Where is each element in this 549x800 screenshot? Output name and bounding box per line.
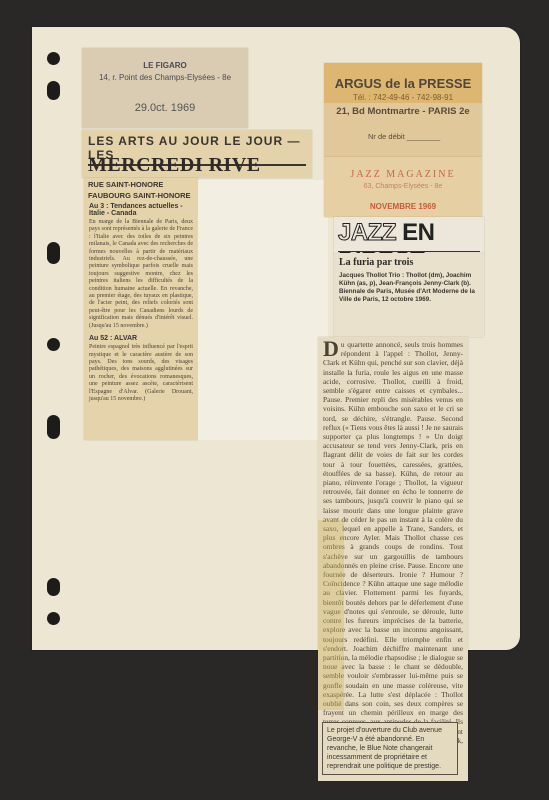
section-body: Peintre espagnol très influencé par l'es… — [84, 342, 198, 405]
subhead: FAUBOURG SAINT-HONORE — [84, 189, 198, 200]
article-credits: Jacques Thollot Trio : Thollot (dm), Joa… — [334, 272, 484, 304]
article-headline: La furia par trois — [334, 253, 484, 272]
jazz-en-direct-header: JAZZ EN DIRECT — [334, 217, 484, 255]
magazine-date: NOVEMBRE 1969 — [324, 202, 482, 211]
tape-strip — [318, 520, 344, 710]
argus-de-la-presse-stamp: ARGUS de la PRESSE Tél. : 742-49-46 - 74… — [324, 63, 482, 157]
section-body: En marge de la Biennale de Paris, deux p… — [84, 217, 198, 332]
punch-hole — [47, 578, 60, 596]
magazine-address: 63, Champs-Elysées - 8e — [324, 183, 482, 190]
section-title: JAZZ EN DIRECT — [338, 219, 484, 255]
newspaper-address: 14, r. Point des Champs-Elysées - 8e — [82, 73, 248, 82]
debit-number-label: Nr de débit ________ — [368, 132, 440, 141]
jazz-magazine-stamp: JAZZ MAGAZINE 63, Champs-Elysées - 8e NO… — [324, 157, 482, 217]
arts-column-clipping: RUE SAINT-HONORE FAUBOURG SAINT-HONORE A… — [84, 178, 198, 440]
agency-address: 21, Bd Montmartre - PARIS 2e — [324, 106, 482, 117]
le-figaro-stamp: LE FIGARO 14, r. Point des Champs-Elysée… — [82, 48, 248, 128]
blank-paper-overlay — [198, 180, 328, 440]
magazine-name: JAZZ MAGAZINE — [324, 169, 482, 180]
newspaper-name: LE FIGARO — [82, 61, 248, 70]
punch-hole — [47, 52, 60, 65]
furia-headline-clipping: La furia par trois Jacques Thollot Trio … — [334, 253, 484, 337]
punch-hole — [47, 81, 60, 100]
boxed-note: Le projet d'ouverture du Club avenue Geo… — [322, 722, 458, 775]
punch-hole — [47, 338, 60, 351]
agency-phone: Tél. : 742-49-46 - 742-98-91 — [324, 93, 482, 102]
agency-name: ARGUS de la PRESSE — [324, 76, 482, 91]
punch-hole — [47, 612, 60, 625]
arts-header-clipping: LES ARTS AU JOUR LE JOUR — LES MERCREDI … — [82, 130, 312, 178]
punch-hole — [47, 415, 60, 439]
section-title: Au 52 : ALVAR — [84, 332, 198, 342]
subhead: RUE SAINT-HONORE — [84, 178, 198, 189]
headline: MERCREDI RIVE DROITE — [88, 154, 312, 178]
section-title: Au 3 : Tendances actuelles - Italie - Ca… — [84, 200, 198, 217]
punch-hole — [47, 242, 60, 264]
clipping-date: 29.0ct. 1969 — [82, 102, 248, 114]
